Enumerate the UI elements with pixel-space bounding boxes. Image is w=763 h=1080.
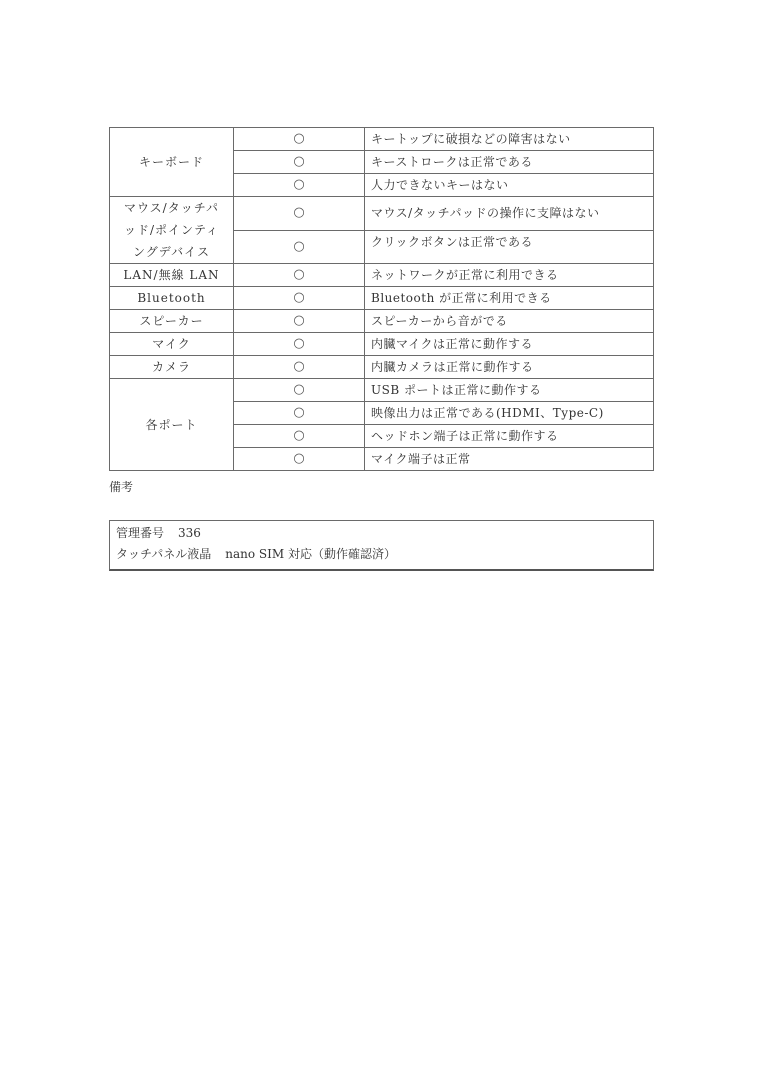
category-bluetooth: Bluetooth	[110, 287, 234, 310]
remarks-note-touch-panel: タッチパネル液晶	[116, 547, 211, 561]
remarks-label: 備考	[109, 478, 133, 495]
table-row: カメラ ○ 内臓カメラは正常に動作する	[110, 356, 654, 379]
check-item: 人力できないキーはない	[365, 174, 654, 197]
table-row: Bluetooth ○ Bluetooth が正常に利用できる	[110, 287, 654, 310]
check-mark: ○	[234, 448, 365, 471]
table-row: LAN/無線 LAN ○ ネットワークが正常に利用できる	[110, 264, 654, 287]
category-camera: カメラ	[110, 356, 234, 379]
check-item: 内臓カメラは正常に動作する	[365, 356, 654, 379]
table-row: 各ポート ○ USB ポートは正常に動作する	[110, 379, 654, 402]
check-item: Bluetooth が正常に利用できる	[365, 287, 654, 310]
table-row: スピーカー ○ スピーカーから音がでる	[110, 310, 654, 333]
check-mark: ○	[234, 333, 365, 356]
check-mark: ○	[234, 264, 365, 287]
check-mark: ○	[234, 356, 365, 379]
check-item: ヘッドホン端子は正常に動作する	[365, 425, 654, 448]
category-keyboard: キーボード	[110, 128, 234, 197]
category-ports: 各ポート	[110, 379, 234, 471]
check-mark: ○	[234, 128, 365, 151]
check-mark: ○	[234, 402, 365, 425]
remarks-line-management-number: 管理番号336	[116, 523, 647, 544]
management-number-value: 336	[178, 526, 201, 540]
check-mark: ○	[234, 379, 365, 402]
table-row: マイク ○ 内臓マイクは正常に動作する	[110, 333, 654, 356]
category-lan: LAN/無線 LAN	[110, 264, 234, 287]
check-item: キーストロークは正常である	[365, 151, 654, 174]
category-speaker: スピーカー	[110, 310, 234, 333]
category-line: ングデバイス	[114, 241, 229, 263]
check-item: キートップに破損などの障害はない	[365, 128, 654, 151]
inspection-checklist-table: キーボード ○ キートップに破損などの障害はない ○ キーストロークは正常である…	[109, 127, 654, 471]
management-number-label: 管理番号	[116, 526, 164, 540]
category-mic: マイク	[110, 333, 234, 356]
check-mark: ○	[234, 287, 365, 310]
check-mark: ○	[234, 310, 365, 333]
document-page: キーボード ○ キートップに破損などの障害はない ○ キーストロークは正常である…	[0, 0, 763, 1080]
check-item: ネットワークが正常に利用できる	[365, 264, 654, 287]
check-item: マウス/タッチパッドの操作に支障はない	[365, 197, 654, 231]
remarks-box: 管理番号336 タッチパネル液晶nano SIM 対応（動作確認済）	[109, 520, 654, 571]
check-mark: ○	[234, 151, 365, 174]
table-row: マウス/タッチパ ッド/ポインティ ングデバイス ○ マウス/タッチパッドの操作…	[110, 197, 654, 231]
check-item: USB ポートは正常に動作する	[365, 379, 654, 402]
category-mouse-touchpad: マウス/タッチパ ッド/ポインティ ングデバイス	[110, 197, 234, 264]
check-mark: ○	[234, 230, 365, 264]
remarks-line-notes: タッチパネル液晶nano SIM 対応（動作確認済）	[116, 544, 647, 565]
check-item: スピーカーから音がでる	[365, 310, 654, 333]
category-line: ッド/ポインティ	[114, 219, 229, 241]
remarks-note-sim: nano SIM 対応（動作確認済）	[225, 547, 396, 561]
check-mark: ○	[234, 197, 365, 231]
check-item: クリックボタンは正常である	[365, 230, 654, 264]
check-item: マイク端子は正常	[365, 448, 654, 471]
check-item: 映像出力は正常である(HDMI、Type-C)	[365, 402, 654, 425]
table-row: キーボード ○ キートップに破損などの障害はない	[110, 128, 654, 151]
check-mark: ○	[234, 425, 365, 448]
check-mark: ○	[234, 174, 365, 197]
check-item: 内臓マイクは正常に動作する	[365, 333, 654, 356]
category-line: マウス/タッチパ	[114, 197, 229, 219]
